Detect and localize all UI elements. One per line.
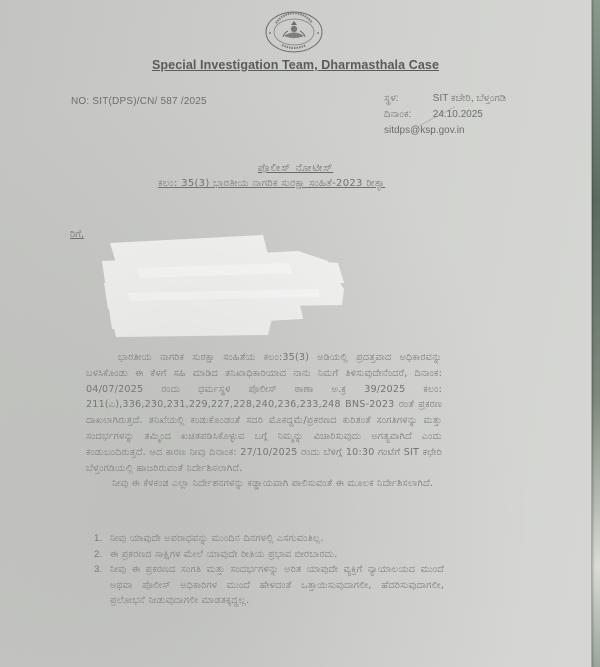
notice-body: ಭಾರತೀಯ ನಾಗರಿಕ ಸುರಕ್ಷಾ ಸಂಹಿತೆಯ ಕಲಂ:35(3) … <box>86 350 442 492</box>
reference-number: NO: SIT(DPS)/CN/ 587 /2025 <box>71 96 207 107</box>
place-label: ಸ್ಥಳ: <box>384 91 430 107</box>
condition-item: 2. ಈ ಪ್ರಕರಣದ ಸಾಕ್ಷಿಗಳ ಮೇಲೆ ಯಾವುದೇ ರೀತಿಯ … <box>94 547 444 563</box>
condition-number: 2. <box>94 547 102 563</box>
body-paragraph-2: ನೀವು ಈ ಕೆಳಕಂಡ ಎಲ್ಲಾ ನಿರ್ದೇಶನಗಳನ್ನು ಕಡ್ಡಾ… <box>86 476 442 492</box>
place-row: ಸ್ಥಳ: SIT ಕಚೇರಿ, ಬೆಳ್ತಂಗಡಿ <box>384 91 506 107</box>
condition-text: ಈ ಪ್ರಕರಣದ ಸಾಕ್ಷಿಗಳ ಮೇಲೆ ಯಾವುದೇ ರೀತಿಯ ಪ್ರ… <box>110 549 337 560</box>
place-value: SIT ಕಚೇರಿ, ಬೆಳ್ತಂಗಡಿ <box>433 93 506 104</box>
body-paragraph-1: ಭಾರತೀಯ ನಾಗರಿಕ ಸುರಕ್ಷಾ ಸಂಹಿತೆಯ ಕಲಂ:35(3) … <box>86 350 442 476</box>
notice-title: ಪೊಲೀಸ್ ನೋಟೀಸ್ <box>0 162 591 175</box>
condition-item: 3. ನೀವು ಈ ಪ್ರಕರಣದ ಸಂಗತಿ ಮತ್ತು ಸಂದರ್ಭಗಳನ್… <box>94 562 444 609</box>
notice-paper: Special Investigation Team, Dharmasthala… <box>0 0 592 667</box>
karnataka-police-emblem-icon <box>262 9 326 55</box>
condition-number: 3. <box>94 562 102 578</box>
redacted-recipient-address <box>98 233 348 338</box>
conditions-list: 1. ನೀವು ಯಾವುದೇ ಅಪರಾಧವನ್ನು ಮುಂದಿನ ದಿನಗಳಲ್… <box>94 531 444 609</box>
date-label: ದಿನಾಂಕ: <box>384 107 430 123</box>
condition-item: 1. ನೀವು ಯಾವುದೇ ಅಪರಾಧವನ್ನು ಮುಂದಿನ ದಿನಗಳಲ್… <box>94 531 444 547</box>
issuing-authority-title: Special Investigation Team, Dharmasthala… <box>0 58 591 72</box>
condition-number: 1. <box>94 531 102 547</box>
recipient-label: ರಿಗೆ, <box>70 229 84 240</box>
notice-legal-section: ಕಲಂ: 35(3) ಭಾರತೀಯ ನಾಗರಿಕ ಸುರಕ್ಷಾ ಸಂಹಿತೆ-… <box>158 178 385 189</box>
condition-text: ನೀವು ಈ ಪ್ರಕರಣದ ಸಂಗತಿ ಮತ್ತು ಸಂದರ್ಭಗಳನ್ನು … <box>110 564 444 606</box>
condition-text: ನೀವು ಯಾವುದೇ ಅಪರಾಧವನ್ನು ಮುಂದಿನ ದಿನಗಳಲ್ಲಿ … <box>110 533 324 544</box>
